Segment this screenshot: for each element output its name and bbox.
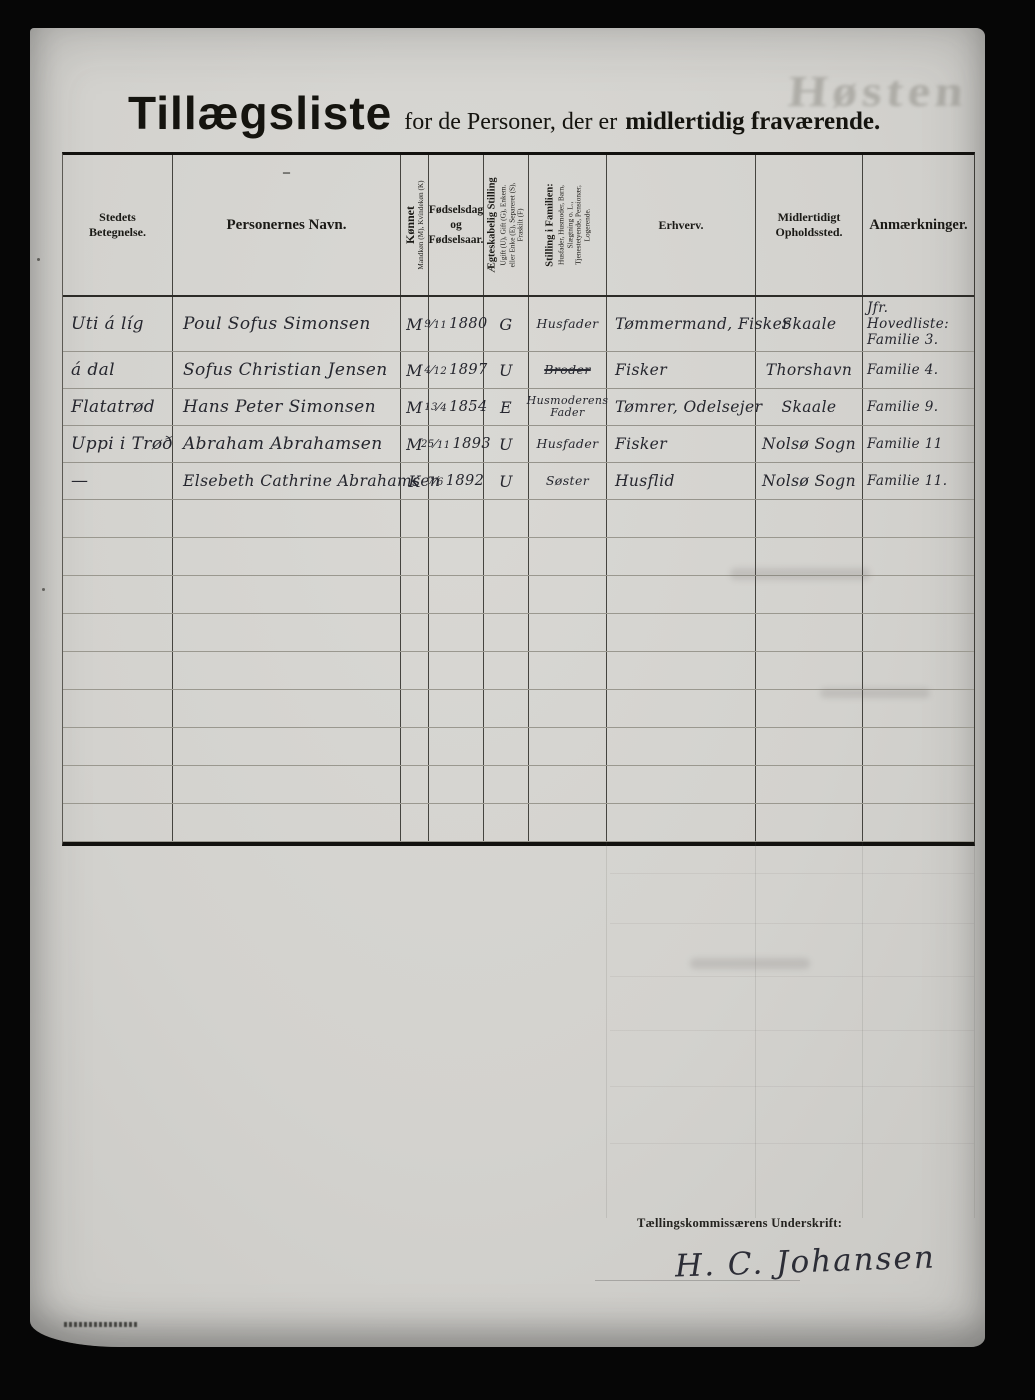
cell-marital: U xyxy=(484,352,529,388)
cell-family: Husfader xyxy=(529,297,607,351)
empty-cell xyxy=(529,804,607,841)
empty-cell xyxy=(529,728,607,765)
scan-speck xyxy=(37,258,40,261)
empty-cell xyxy=(756,614,863,651)
title-main: Tillægsliste xyxy=(128,87,392,139)
header-remarks: Anmærkninger. xyxy=(863,155,974,295)
signature-handwriting: H. C. Johansen xyxy=(674,1239,936,1284)
empty-cell xyxy=(173,652,401,689)
empty-cell xyxy=(607,766,756,803)
cell-marital: U xyxy=(484,426,529,462)
empty-cell xyxy=(484,576,529,613)
empty-cell xyxy=(484,538,529,575)
empty-cell xyxy=(173,766,401,803)
table-row: Uppi i Trøð Abraham Abrahamsen M 2511189… xyxy=(63,426,974,463)
ghost-grid-line xyxy=(610,873,974,874)
empty-cell xyxy=(863,804,974,841)
cell-name: Hans Peter Simonsen xyxy=(173,389,401,425)
birth-day: 7 xyxy=(428,476,435,487)
cell-name: Elsebeth Cathrine Abrahamsen xyxy=(173,463,401,499)
header-sex-sub: Mandkøn (M), Kvindekøn (K) xyxy=(417,159,426,291)
header-occupation: Erhverv. xyxy=(607,155,756,295)
cell-marital: G xyxy=(484,297,529,351)
header-marital-sub: Ugift (U), Gift (G), Enkem. eller Enke (… xyxy=(500,159,526,291)
birth-year: 1854 xyxy=(449,399,488,415)
empty-cell xyxy=(429,652,484,689)
cell-residence: Skaale xyxy=(756,389,863,425)
cell-family: Husmoderens Fader xyxy=(529,389,607,425)
empty-cell xyxy=(429,766,484,803)
empty-cell xyxy=(863,500,974,537)
header-birth: Fødselsdag og Fødselsaar. xyxy=(429,155,484,295)
header-family: Stilling i Familien: Husfader, Husmoder,… xyxy=(529,155,607,295)
header-family-sub: Husfader, Husmoder, Barn, Slægtning o. L… xyxy=(557,159,591,291)
empty-cell xyxy=(756,500,863,537)
empty-cell xyxy=(863,766,974,803)
birth-year: 1892 xyxy=(446,473,485,489)
birth-month: 11 xyxy=(431,317,447,331)
ghost-grid-line xyxy=(610,1086,974,1087)
empty-cell xyxy=(401,576,429,613)
cell-occupation: Tømrer, Odelsejer xyxy=(607,389,756,425)
cell-remarks: Familie 11. xyxy=(863,463,974,499)
empty-cell xyxy=(173,500,401,537)
empty-cell xyxy=(863,538,974,575)
cell-sex: K xyxy=(401,463,429,499)
empty-cell xyxy=(173,690,401,727)
page-title: Tillægslistefor de Personer, der ermidle… xyxy=(128,86,880,140)
empty-table-row xyxy=(63,728,974,766)
empty-cell xyxy=(529,652,607,689)
empty-cell xyxy=(529,538,607,575)
empty-cell xyxy=(63,614,173,651)
empty-cell xyxy=(429,576,484,613)
empty-cell xyxy=(484,804,529,841)
cell-birth: 1341854 xyxy=(429,389,484,425)
birth-month: 6 xyxy=(435,474,444,488)
birth-year: 1880 xyxy=(449,316,488,332)
header-marital-label: Ægteskabelig Stilling xyxy=(487,159,499,291)
empty-cell xyxy=(756,652,863,689)
ghost-grid-line xyxy=(610,1030,974,1031)
empty-cell xyxy=(607,690,756,727)
empty-cell xyxy=(484,766,529,803)
empty-cell xyxy=(63,804,173,841)
cell-name: Poul Sofus Simonsen xyxy=(173,297,401,351)
empty-cell xyxy=(173,728,401,765)
cell-occupation: Fisker xyxy=(607,426,756,462)
empty-cell xyxy=(607,614,756,651)
empty-cell xyxy=(484,652,529,689)
empty-cell xyxy=(63,690,173,727)
header-birth-label: Fødselsdag og Fødselsaar. xyxy=(429,203,484,248)
scan-smudge xyxy=(730,568,870,580)
empty-table-row xyxy=(63,614,974,652)
empty-cell xyxy=(607,652,756,689)
birth-year: 1897 xyxy=(449,362,488,378)
header-family-label: Stilling i Familien: xyxy=(544,159,556,291)
empty-cell xyxy=(863,576,974,613)
cell-birth: 9111880 xyxy=(429,297,484,351)
cell-place: Flatatrød xyxy=(63,389,173,425)
empty-cell xyxy=(401,728,429,765)
cell-place: á dal xyxy=(63,352,173,388)
census-table: Stedets Betegnelse. – Personernes Navn. … xyxy=(62,152,975,846)
cell-occupation: Fisker xyxy=(607,352,756,388)
empty-cell xyxy=(863,614,974,651)
birth-day: 13 xyxy=(424,402,438,413)
header-sex-label: Kønnet xyxy=(404,159,416,291)
empty-cell xyxy=(863,652,974,689)
empty-cell xyxy=(529,500,607,537)
empty-cell xyxy=(63,766,173,803)
empty-cell xyxy=(529,576,607,613)
header-residence: Midlertidigt Opholdssted. xyxy=(756,155,863,295)
title-emphasis: midlertidig fraværende. xyxy=(625,108,880,135)
cell-residence: Nolsø Sogn xyxy=(756,426,863,462)
cell-birth: 4121897 xyxy=(429,352,484,388)
cell-remarks: Familie 4. xyxy=(863,352,974,388)
birth-month: 4 xyxy=(438,400,447,414)
empty-cell xyxy=(529,766,607,803)
empty-rows-section xyxy=(63,500,974,842)
empty-cell xyxy=(863,728,974,765)
empty-cell xyxy=(429,538,484,575)
title-rest: for de Personer, der er xyxy=(404,109,617,135)
empty-table-row xyxy=(63,766,974,804)
empty-cell xyxy=(756,576,863,613)
header-remarks-label: Anmærkninger. xyxy=(869,218,967,233)
empty-cell xyxy=(63,652,173,689)
header-marital-vertical: Ægteskabelig Stilling Ugift (U), Gift (G… xyxy=(487,159,526,291)
header-place: Stedets Betegnelse. xyxy=(63,155,173,295)
ghost-grid-line xyxy=(862,833,863,1218)
empty-cell xyxy=(429,500,484,537)
header-sex: Kønnet Mandkøn (M), Kvindekøn (K) xyxy=(401,155,429,295)
birth-day: 25 xyxy=(421,439,435,450)
scan-speck xyxy=(42,588,45,591)
cell-remarks: Jfr. Hovedliste: Familie 3. xyxy=(863,297,974,351)
empty-cell xyxy=(484,614,529,651)
empty-cell xyxy=(756,728,863,765)
cell-place: — xyxy=(63,463,173,499)
header-place-label: Stedets Betegnelse. xyxy=(89,210,146,240)
cell-birth: 25111893 xyxy=(429,426,484,462)
empty-cell xyxy=(173,576,401,613)
cell-occupation: Tømmermand, Fisker xyxy=(607,297,756,351)
header-name-mark: – xyxy=(283,165,290,181)
cell-family: Søster xyxy=(529,463,607,499)
ghost-grid-line xyxy=(610,923,974,924)
empty-cell xyxy=(529,690,607,727)
empty-cell xyxy=(484,728,529,765)
empty-table-row xyxy=(63,804,974,842)
ghost-grid-line xyxy=(610,976,974,977)
cell-family-struck: Broder xyxy=(529,352,607,388)
printer-mark xyxy=(64,1322,138,1327)
empty-cell xyxy=(63,728,173,765)
empty-cell xyxy=(756,804,863,841)
empty-cell xyxy=(429,728,484,765)
table-row: Uti á líg Poul Sofus Simonsen M 9111880 … xyxy=(63,297,974,352)
empty-cell xyxy=(401,538,429,575)
cell-residence: Skaale xyxy=(756,297,863,351)
empty-cell xyxy=(429,804,484,841)
empty-cell xyxy=(401,500,429,537)
birth-month: 12 xyxy=(431,363,447,377)
cell-family: Husfader xyxy=(529,426,607,462)
header-marital: Ægteskabelig Stilling Ugift (U), Gift (G… xyxy=(484,155,529,295)
empty-table-row xyxy=(63,576,974,614)
table-header-row: Stedets Betegnelse. – Personernes Navn. … xyxy=(63,155,974,297)
document-page: Høsten Tillægslistefor de Personer, der … xyxy=(30,28,985,1347)
cell-remarks: Familie 9. xyxy=(863,389,974,425)
table-row: Flatatrød Hans Peter Simonsen M 1341854 … xyxy=(63,389,974,426)
header-name-label: Personernes Navn. xyxy=(227,218,347,233)
cell-birth: 761892 xyxy=(429,463,484,499)
empty-cell xyxy=(401,690,429,727)
cell-remarks: Familie 11 xyxy=(863,426,974,462)
cell-place: Uppi i Trøð xyxy=(63,426,173,462)
empty-table-row xyxy=(63,652,974,690)
empty-cell xyxy=(63,500,173,537)
empty-table-row xyxy=(63,500,974,538)
table-row: — Elsebeth Cathrine Abrahamsen K 761892 … xyxy=(63,463,974,500)
signature-label: Tællingskommissærens Underskrift: xyxy=(637,1216,842,1231)
header-occupation-label: Erhverv. xyxy=(659,218,704,233)
empty-cell xyxy=(63,538,173,575)
cell-name: Abraham Abrahamsen xyxy=(173,426,401,462)
empty-cell xyxy=(756,766,863,803)
empty-cell xyxy=(484,500,529,537)
header-name: – Personernes Navn. xyxy=(173,155,401,295)
header-family-vertical: Stilling i Familien: Husfader, Husmoder,… xyxy=(544,159,591,291)
cell-marital: U xyxy=(484,463,529,499)
empty-cell xyxy=(401,652,429,689)
scan-smudge xyxy=(820,688,930,698)
table-row: á dal Sofus Christian Jensen M 4121897 U… xyxy=(63,352,974,389)
empty-cell xyxy=(63,576,173,613)
cell-name: Sofus Christian Jensen xyxy=(173,352,401,388)
cell-occupation: Husflid xyxy=(607,463,756,499)
scan-smudge xyxy=(690,958,810,969)
empty-cell xyxy=(173,538,401,575)
header-residence-label: Midlertidigt Opholdssted. xyxy=(775,210,842,240)
empty-cell xyxy=(607,500,756,537)
empty-cell xyxy=(607,576,756,613)
empty-cell xyxy=(173,804,401,841)
empty-cell xyxy=(607,804,756,841)
empty-cell xyxy=(401,804,429,841)
header-sex-vertical: Kønnet Mandkøn (M), Kvindekøn (K) xyxy=(404,159,426,291)
cell-residence: Nolsø Sogn xyxy=(756,463,863,499)
empty-cell xyxy=(607,728,756,765)
ghost-grid-line xyxy=(974,833,975,1218)
empty-cell xyxy=(429,614,484,651)
empty-cell xyxy=(401,766,429,803)
empty-cell xyxy=(484,690,529,727)
cell-marital: E xyxy=(484,389,529,425)
cell-residence: Thorshavn xyxy=(756,352,863,388)
empty-cell xyxy=(529,614,607,651)
cell-place: Uti á líg xyxy=(63,297,173,351)
empty-cell xyxy=(429,690,484,727)
ghost-grid-line xyxy=(755,833,756,1218)
ghost-grid-line xyxy=(606,833,607,1218)
scanned-census-page: { "page": { "title_main": "Tillægsliste"… xyxy=(0,0,1035,1400)
empty-cell xyxy=(401,614,429,651)
birth-month: 11 xyxy=(435,437,451,451)
ghost-grid-line xyxy=(610,1143,974,1144)
empty-cell xyxy=(173,614,401,651)
